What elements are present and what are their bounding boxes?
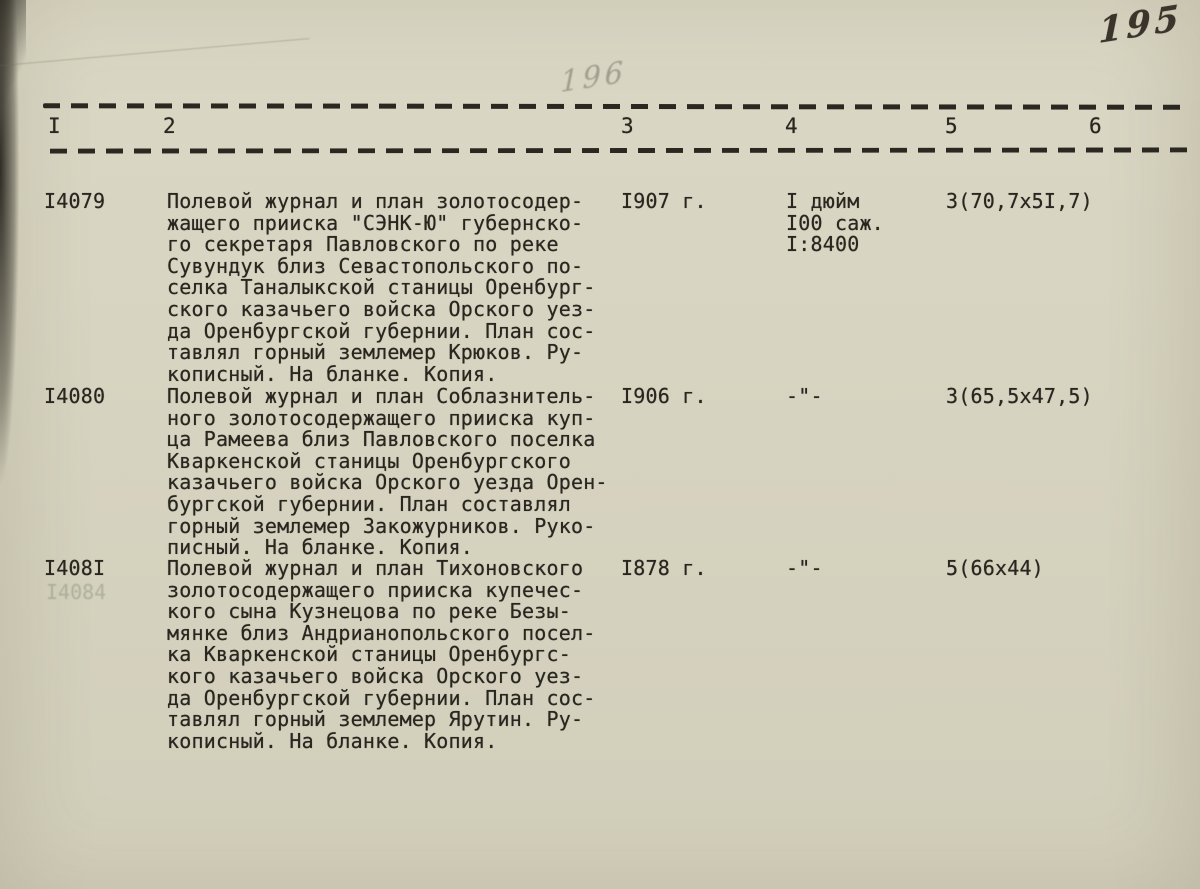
table-header-rule-top xyxy=(43,103,1189,110)
column-header-4: 4 xyxy=(785,113,798,139)
entry-date: I906 г. xyxy=(621,386,707,408)
entry-scale: I дюйм I00 саж. I:8400 xyxy=(786,191,884,256)
column-header-1: I xyxy=(48,113,61,139)
table-header-rule-bottom xyxy=(43,147,1189,153)
paper-crease xyxy=(0,38,309,67)
column-header-3: 3 xyxy=(621,113,634,139)
entry-quantity-size: 3(70,7x5I,7) xyxy=(946,191,1093,213)
entry-number: I4080 xyxy=(44,386,105,408)
entry-description: Полевой журнал и план золотосодер- жащег… xyxy=(167,191,629,385)
entry-number: I4079 xyxy=(44,191,105,213)
entry-scale: -"- xyxy=(786,386,823,408)
entry-date: I907 г. xyxy=(621,191,707,213)
entry-number: I408I xyxy=(44,558,105,580)
column-header-6: 6 xyxy=(1089,113,1102,139)
entry-description: Полевой журнал и план Тихоновского золот… xyxy=(167,558,629,752)
entry-quantity-size: 3(65,5x47,5) xyxy=(946,386,1093,408)
entry-quantity-size: 5(66x44) xyxy=(946,558,1044,580)
pencil-page-number: 196 xyxy=(560,54,627,99)
ink-page-number: 195 xyxy=(1098,0,1183,52)
entry-description: Полевой журнал и план Соблазнитель- ного… xyxy=(167,386,629,559)
scan-edge-shadow xyxy=(0,0,40,700)
entry-date: I878 г. xyxy=(621,558,707,580)
entry-scale: -"- xyxy=(786,558,823,580)
column-header-2: 2 xyxy=(163,113,176,139)
scanned-archive-page: 195 196 I 2 3 4 5 6 I4079 Полевой журнал… xyxy=(0,0,1200,889)
scan-corner-shadow xyxy=(0,0,26,110)
column-header-5: 5 xyxy=(945,113,958,139)
bleed-through-number: I4084 xyxy=(46,580,106,604)
